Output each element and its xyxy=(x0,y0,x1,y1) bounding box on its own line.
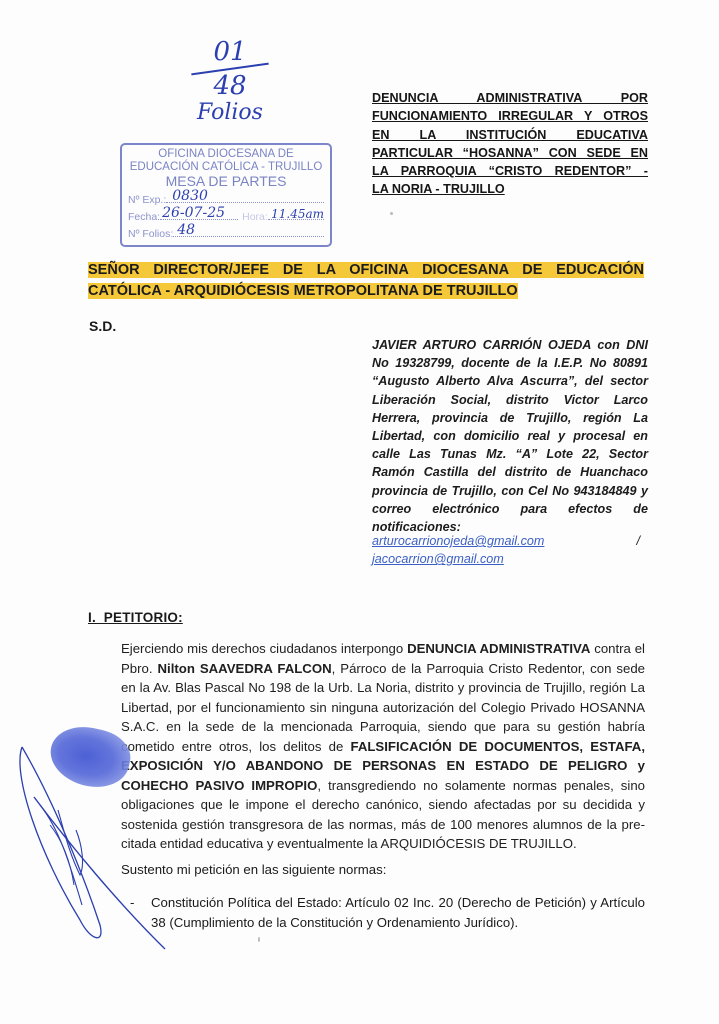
salutation: S.D. xyxy=(89,318,116,334)
signature-icon xyxy=(10,735,170,950)
addressee-line: CATÓLICA - ARQUIDIÓCESIS METROPOLITANA D… xyxy=(88,283,518,299)
stamp-date-label: Fecha: xyxy=(128,211,160,223)
document-title: DENUNCIA ADMINISTRATIVA POR FUNCIONAMIEN… xyxy=(372,89,648,199)
text-run: Ejerciendo mis derechos ciudadanos inter… xyxy=(121,641,407,656)
title-line: DENUNCIA ADMINISTRATIVA POR xyxy=(372,89,648,107)
title-line: LA NORIA - TRUJILLO xyxy=(372,180,648,198)
email-separator: / xyxy=(637,532,641,550)
title-line: FUNCIONAMIENTO IRREGULAR Y OTROS xyxy=(372,107,648,125)
stamp-exp-row: Nº Exp.: 0830 xyxy=(128,189,324,206)
folio-total: 48 xyxy=(175,72,285,100)
stamp-date-row: Fecha: 26-07-25 Hora: 11.45am xyxy=(128,206,324,223)
folio-label: Folios xyxy=(175,100,285,126)
stamp-exp-value: 0830 xyxy=(172,188,208,204)
stamp-time-label: Hora: xyxy=(242,211,268,223)
reception-stamp: OFICINA DIOCESANA DE EDUCACIÓN CATÓLICA … xyxy=(120,143,332,247)
email-link[interactable]: jacocarrion@gmail.com xyxy=(372,552,504,566)
complainant-block: JAVIER ARTURO CARRIÓN OJEDA con DNI No 1… xyxy=(372,336,648,536)
stamp-exp-label: Nº Exp.: xyxy=(128,194,166,206)
document-page: 01 48 Folios OFICINA DIOCESANA DE EDUCAC… xyxy=(0,0,719,1024)
stamp-folios-value: 48 xyxy=(177,222,195,238)
bold-run: Nilton SAAVEDRA FALCON xyxy=(158,661,332,676)
norm-list-item: - Constitución Política del Estado: Artí… xyxy=(130,893,645,932)
email-link[interactable]: arturocarrionojeda@gmail.com xyxy=(372,534,544,548)
stamp-folios-label: Nº Folios: xyxy=(128,228,173,240)
scan-speck xyxy=(390,212,393,215)
petitorio-paragraph: Ejerciendo mis derechos ciudadanos inter… xyxy=(121,639,645,854)
section-heading-petitorio: I. PETITORIO: xyxy=(88,610,183,625)
title-line: EN LA INSTITUCIÓN EDUCATIVA xyxy=(372,126,648,144)
title-line: LA PARROQUIA “CRISTO REDENTOR” - xyxy=(372,162,648,180)
email-list: arturocarrionojeda@gmail.com / jacocarri… xyxy=(372,532,648,568)
title-line: PARTICULAR “HOSANNA” CON SEDE EN xyxy=(372,144,648,162)
stamp-office: OFICINA DIOCESANA DE xyxy=(128,148,324,161)
addressee-line: SEÑOR DIRECTOR/JEFE DE LA OFICINA DIOCES… xyxy=(88,262,644,278)
stamp-date-value: 26-07-25 xyxy=(162,205,225,221)
bold-run: DENUNCIA ADMINISTRATIVA xyxy=(407,641,590,656)
stamp-time-value: 11.45am xyxy=(271,207,324,221)
stamp-folios-row: Nº Folios: 48 xyxy=(128,223,324,240)
scan-speck xyxy=(258,937,260,942)
norm-text: Constitución Política del Estado: Artícu… xyxy=(151,893,645,932)
addressee: SEÑOR DIRECTOR/JEFE DE LA OFICINA DIOCES… xyxy=(88,260,644,302)
handwritten-folio-count: 01 48 Folios xyxy=(175,38,285,126)
stamp-desk: MESA DE PARTES xyxy=(128,174,324,189)
